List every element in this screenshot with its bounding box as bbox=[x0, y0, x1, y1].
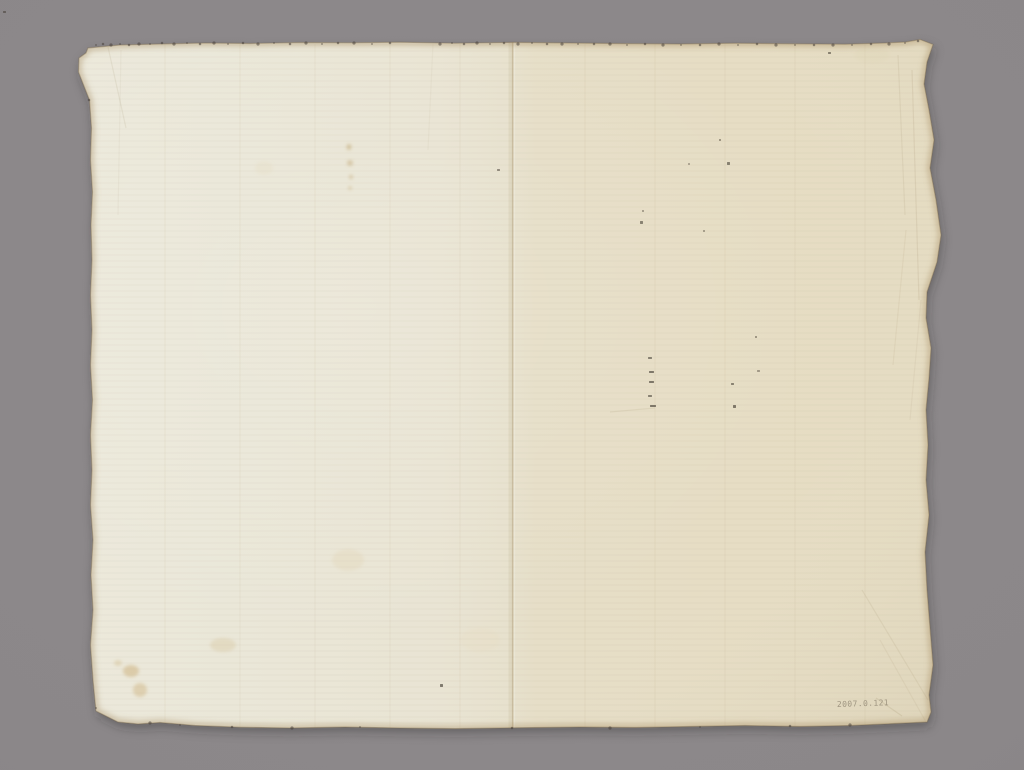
photo-background: 2007.0.121 bbox=[0, 0, 1024, 770]
paper-sheet-graphic: 2007.0.121 bbox=[0, 0, 1024, 770]
accession-inscription: 2007.0.121 bbox=[837, 698, 889, 709]
